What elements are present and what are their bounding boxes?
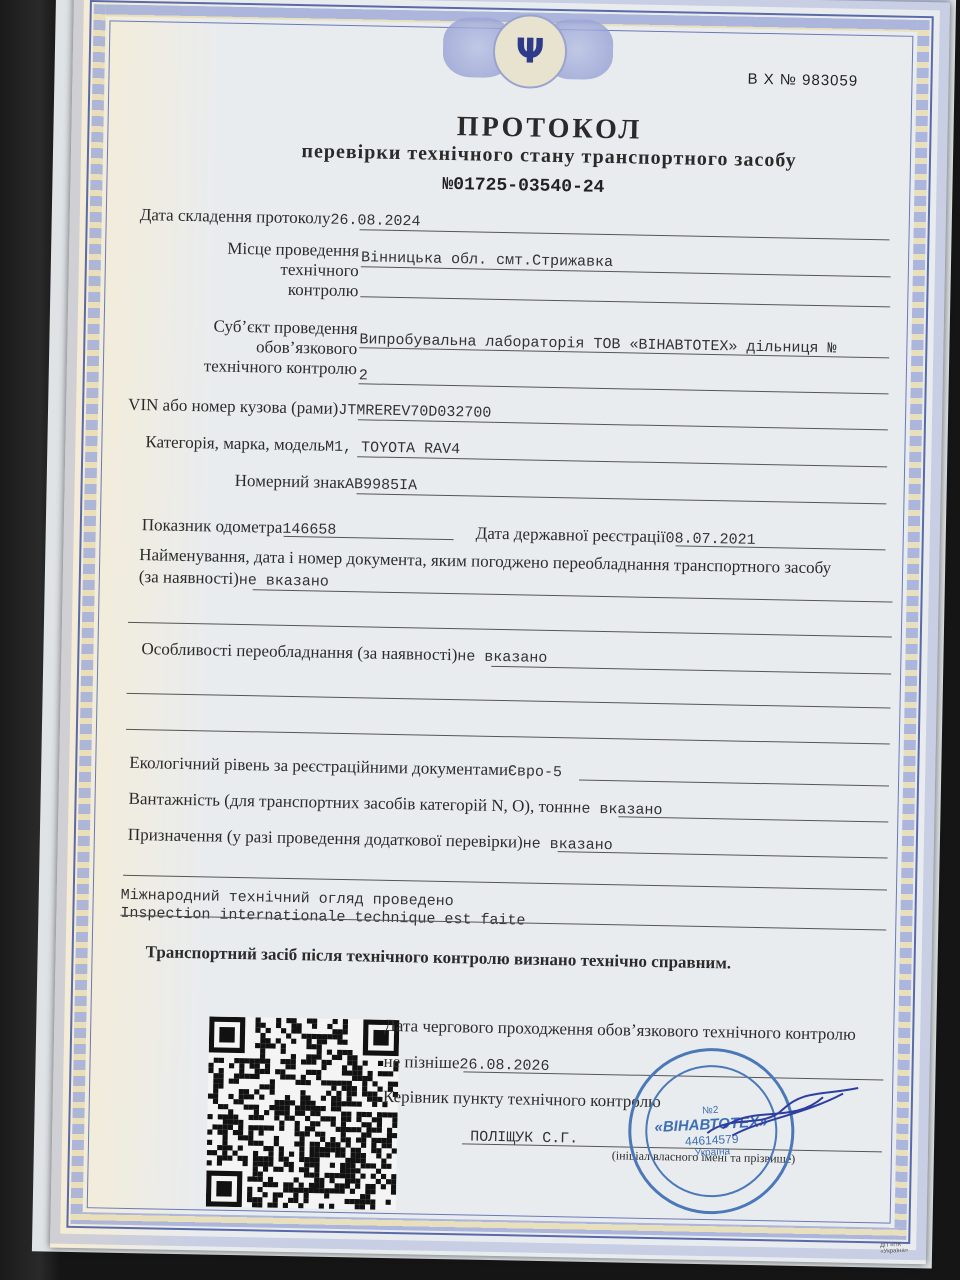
plate-label: Номерний знак [235,471,346,492]
place-label: Місце проведення технічного контролю [208,238,359,301]
vin-label: VIN або номер кузова (рами) [128,395,339,418]
serial-number: В Х № 983059 [747,71,858,90]
print-mark: ДП «ПК «Україна» [880,1241,927,1255]
protocol-number: №01725-03540-24 [442,175,604,198]
plate-value: AB9985IA [345,476,417,494]
protocol-document: Ψ В Х № 983059 ПРОТОКОЛ перевірки техніч… [50,0,950,1264]
qr-code[interactable] [206,1016,400,1210]
conversion-doc-row: (за наявності)не вказано [139,567,329,591]
eco-value: Євро-5 [508,763,562,781]
place-label-3: контролю [208,278,358,301]
conversion-doc-value: не вказано [239,572,329,591]
date-value: 26.08.2024 [330,212,420,231]
trident-emblem: Ψ [492,14,567,89]
date-label: Дата складення протоколу [140,205,331,228]
odometer-label: Показник одометра [142,515,283,537]
not-later-label: не пізніше [383,1052,459,1072]
registration-label: Дата державної реєстрації [476,524,666,547]
category-label: Категорія, марка, модель [145,432,325,454]
subject-value-2: 2 [359,367,368,384]
coat-of-arms: Ψ [442,7,614,100]
subject-label: Суб’єкт проведення обов’язкового технічн… [177,316,358,379]
subject-label-3: технічного контролю [177,356,357,379]
trident-icon: Ψ [515,31,545,72]
conversion-doc-label-2: (за наявності) [139,567,239,588]
conversion-features-value: не вказано [457,648,547,667]
signature [702,1083,863,1146]
odometer-row: Показник одометра146658 [142,515,337,539]
plate-row: Номерний знакAB9985IA [235,471,418,494]
place-label-1: Місце проведення [209,238,359,261]
category-value: M1, TOYOTA RAV4 [325,439,460,459]
